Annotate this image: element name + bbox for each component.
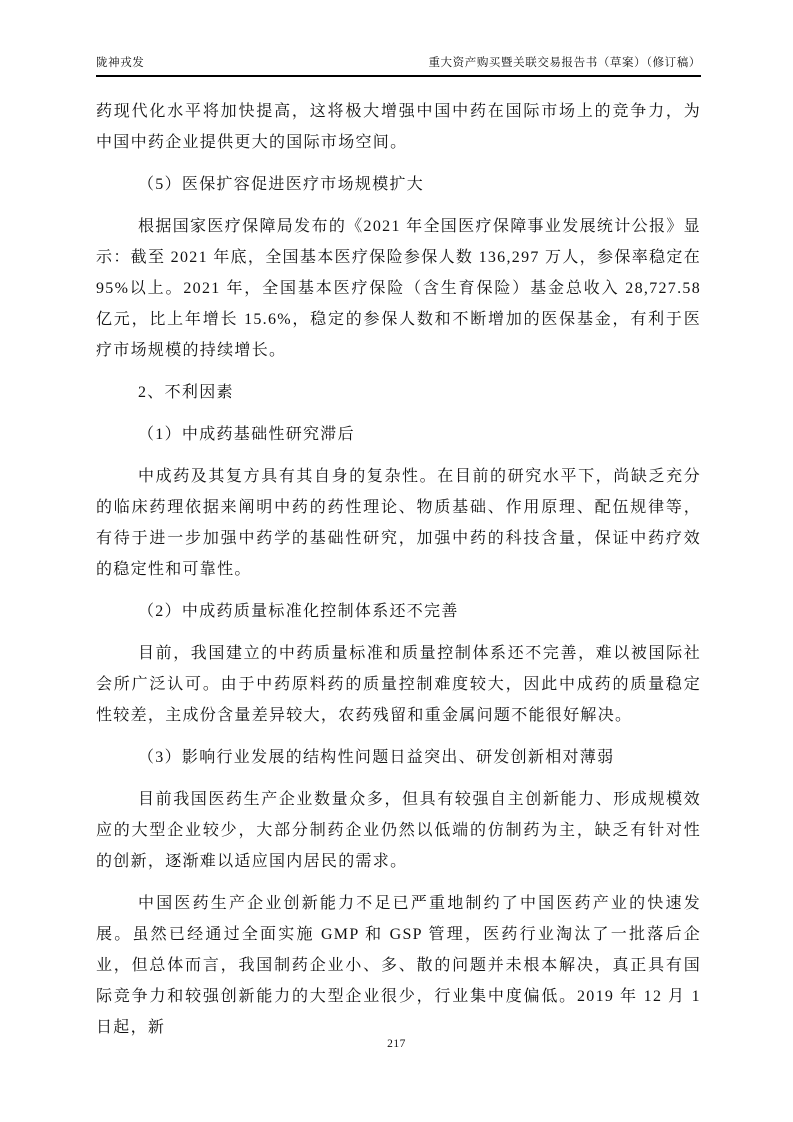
paragraph: 中国医药生产企业创新能力不足已严重地制约了中国医药产业的快速发展。虽然已经通过全… bbox=[96, 888, 701, 1043]
section-heading-1: （1）中成药基础性研究滞后 bbox=[96, 419, 701, 450]
paragraph: 目前，我国建立的中药质量标准和质量控制体系还不完善，难以被国际社会所广泛认可。由… bbox=[96, 638, 701, 731]
section-heading-2: （2）中成药质量标准化控制体系还不完善 bbox=[96, 596, 701, 627]
page-footer: 217 bbox=[0, 1038, 793, 1050]
paragraph-continuation: 药现代化水平将加快提高，这将极大增强中国中药在国际市场上的竞争力，为中国中药企业… bbox=[96, 96, 701, 158]
document-page: 陇神戎发 重大资产购买暨关联交易报告书（草案）（修订稿） 药现代化水平将加快提高… bbox=[0, 0, 793, 1122]
section-heading-unfavorable-factors: 2、不利因素 bbox=[96, 377, 701, 408]
paragraph: 根据国家医疗保障局发布的《2021 年全国医疗保障事业发展统计公报》显示：截至 … bbox=[96, 211, 701, 366]
document-body: 药现代化水平将加快提高，这将极大增强中国中药在国际市场上的竞争力，为中国中药企业… bbox=[96, 96, 701, 1054]
paragraph: 目前我国医药生产企业数量众多，但具有较强自主创新能力、形成规模效应的大型企业较少… bbox=[96, 784, 701, 877]
section-heading-5: （5）医保扩容促进医疗市场规模扩大 bbox=[96, 169, 701, 200]
header-company-name: 陇神戎发 bbox=[96, 54, 144, 70]
page-number: 217 bbox=[387, 1038, 406, 1050]
page-header: 陇神戎发 重大资产购买暨关联交易报告书（草案）（修订稿） bbox=[96, 54, 701, 77]
section-heading-3: （3）影响行业发展的结构性问题日益突出、研发创新相对薄弱 bbox=[96, 742, 701, 773]
paragraph: 中成药及其复方具有其自身的复杂性。在目前的研究水平下，尚缺乏充分的临床药理依据来… bbox=[96, 461, 701, 585]
header-document-title: 重大资产购买暨关联交易报告书（草案）（修订稿） bbox=[428, 54, 701, 70]
